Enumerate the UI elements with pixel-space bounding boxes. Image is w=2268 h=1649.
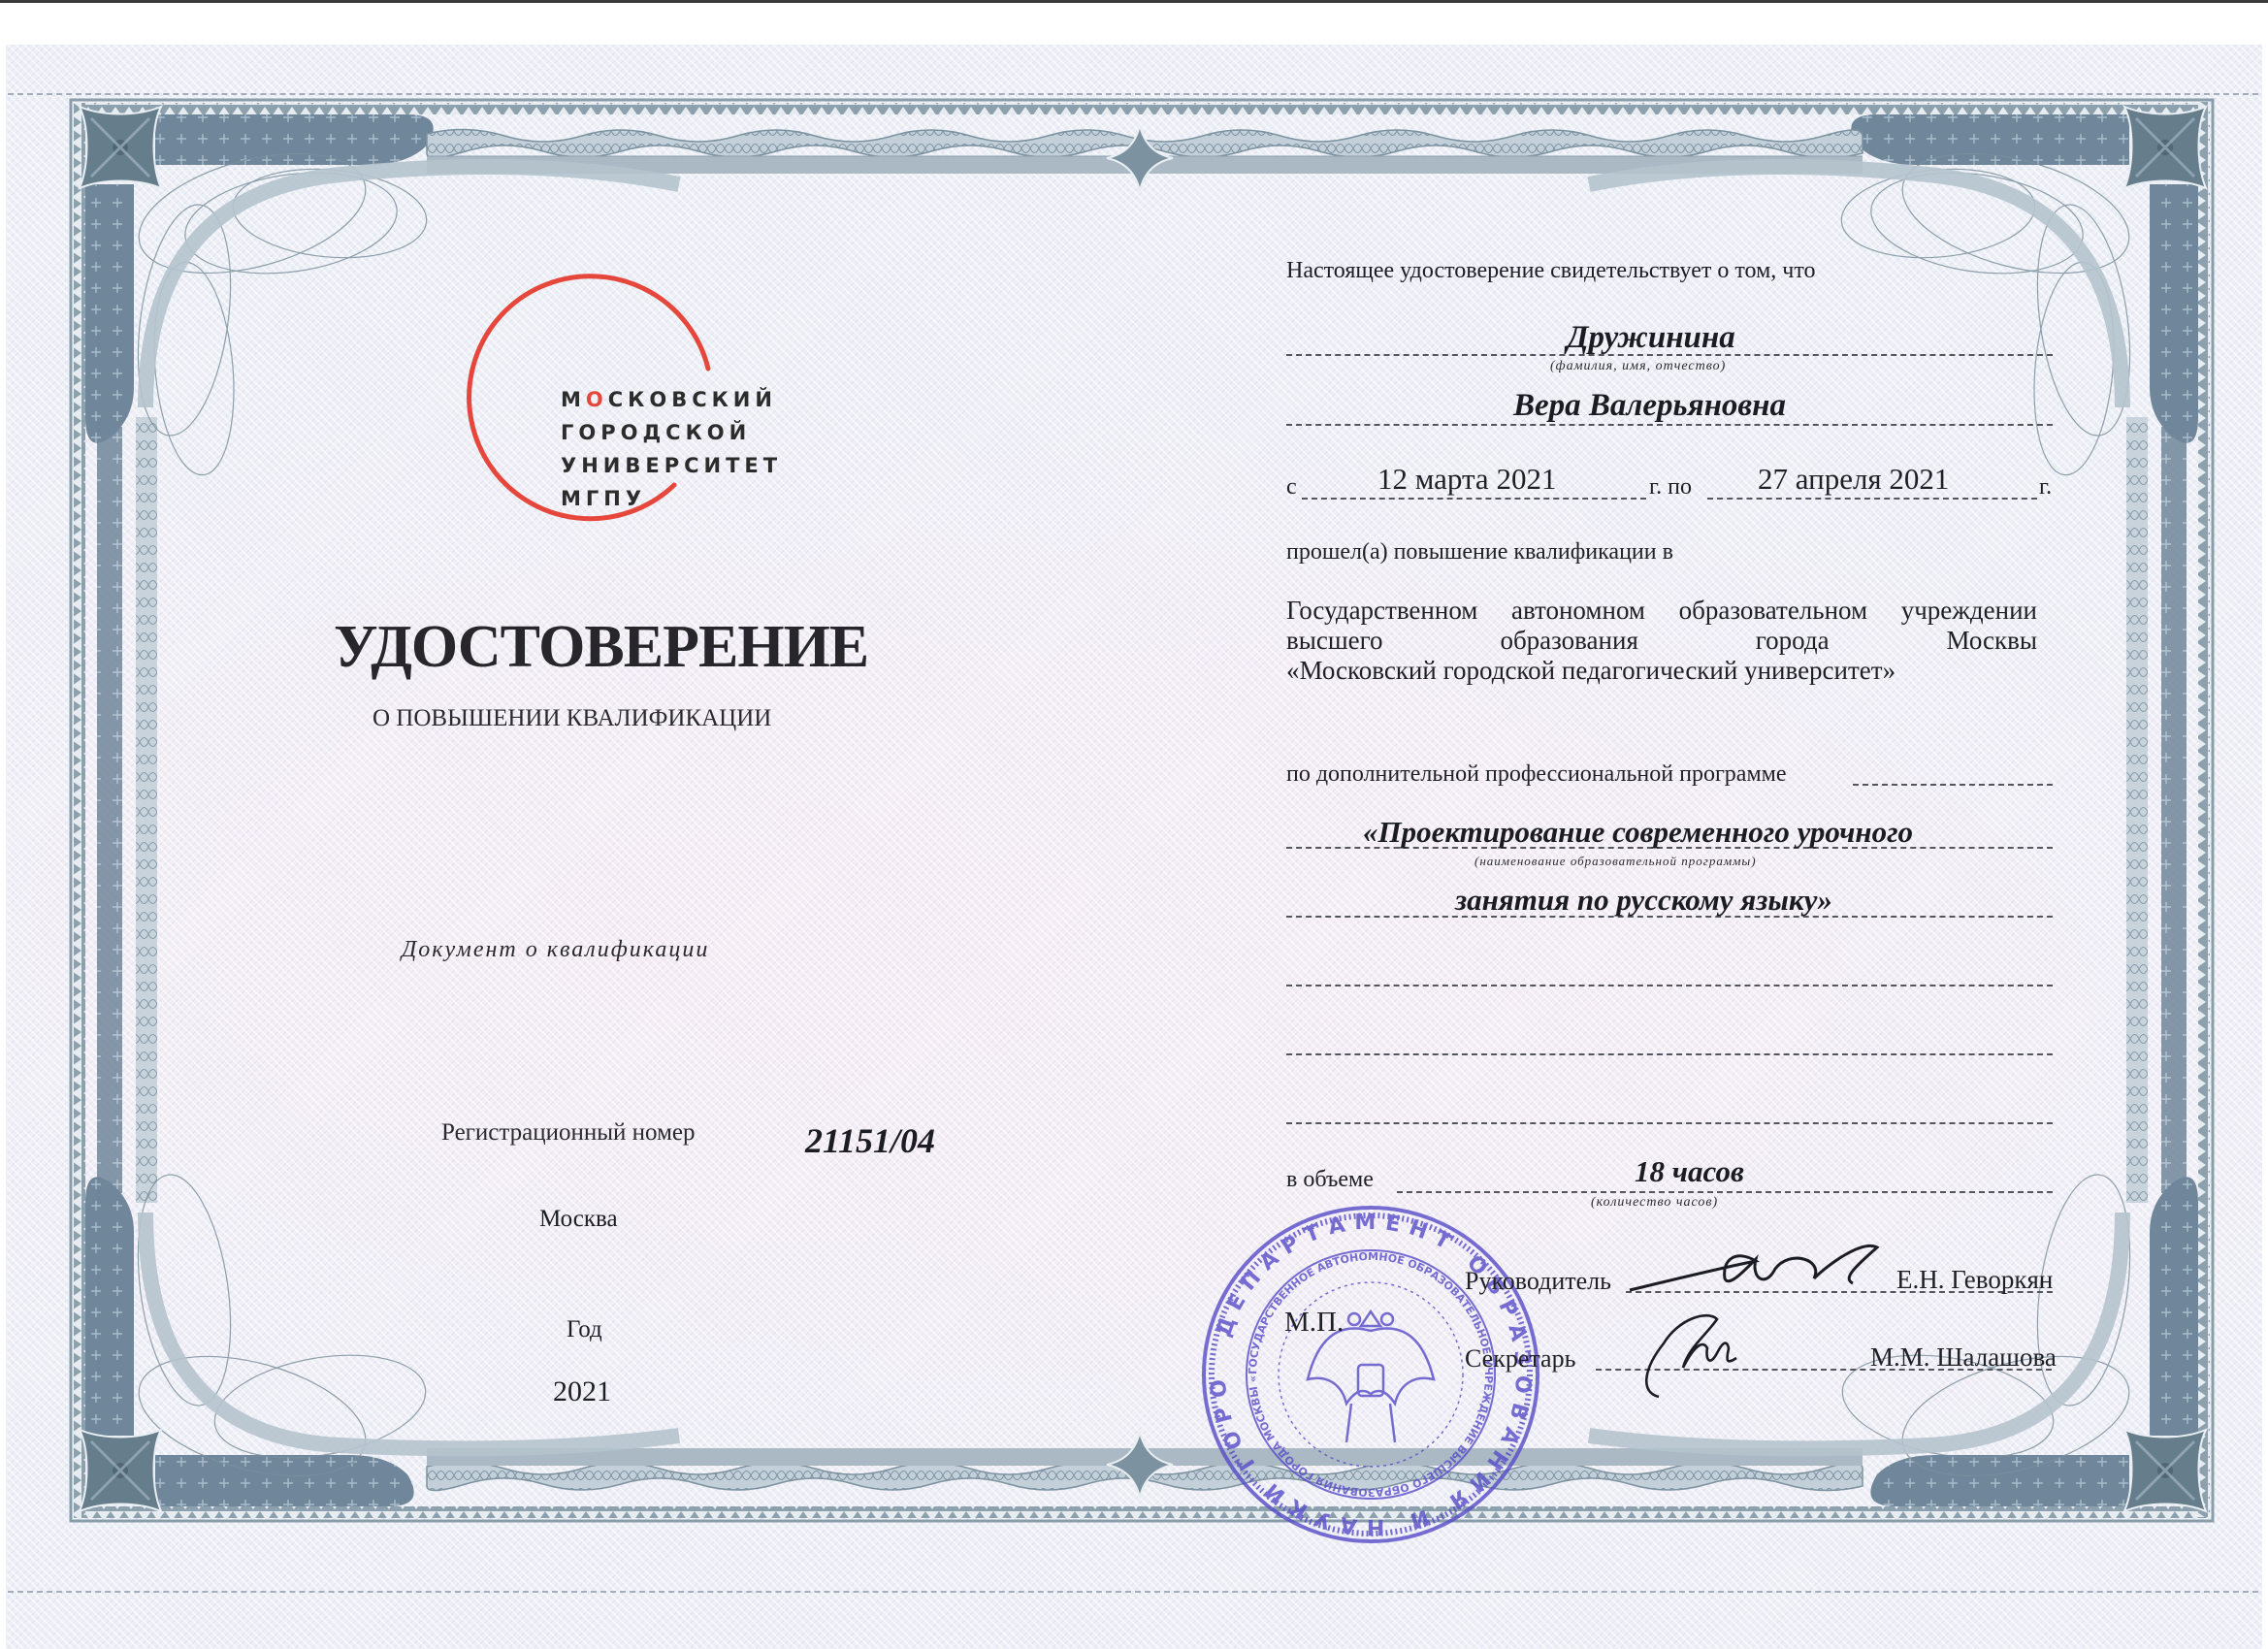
document-kind: Документ о квалификации [402, 937, 709, 963]
program-title-line-2: занятия по русскому языку» [1455, 883, 1832, 918]
volume-line [1397, 1191, 2053, 1193]
logo-letters: СКОВСКИЙ [608, 388, 777, 411]
passed-text: прошел(а) повышение квалификации в [1286, 539, 1673, 566]
official-stamp: ДЕПАРТАМЕНТ ОБРАЗОВАНИЯ И НАУКИ ГОРОДА М… [1191, 1195, 1550, 1554]
logo-accent-letter: О [586, 388, 608, 411]
intro-text: Настоящее удостоверение свидетельствует … [1286, 258, 1816, 284]
org-line-1: Государственном автономном образовательн… [1286, 596, 1867, 625]
date-from-prefix: с [1286, 474, 1297, 501]
organization-name: Государственном автономном образовательн… [1286, 596, 2037, 686]
secretary-name: М.М. Шалашова [1870, 1342, 2057, 1373]
secretary-signature [1620, 1300, 1775, 1406]
head-label: Руководитель [1465, 1267, 1611, 1296]
registration-label: Регистрационный номер [441, 1119, 696, 1147]
given-names: Вера Валерьяновна [1513, 388, 1786, 424]
secretary-label: Секретарь [1465, 1344, 1575, 1374]
surname: Дружинина [1567, 320, 1735, 356]
logo-line-4: МГПУ [561, 482, 782, 515]
fio-hint: (фамилия, имя, отчество) [1550, 359, 1726, 374]
date-suffix: г. [2039, 474, 2052, 501]
head-signature [1620, 1230, 1921, 1308]
program-label-line [1853, 784, 2053, 786]
registration-number: 21151/04 [805, 1120, 935, 1161]
guilloche-frame [0, 0, 2268, 1649]
blank-line-3 [1286, 1122, 2053, 1124]
program-hint: (наименование образовательной программы) [1474, 854, 1757, 869]
org-line-3: «Московский городской педагогический уни… [1286, 656, 2037, 686]
year-label: Год [567, 1316, 602, 1343]
logo-letter: М [561, 388, 586, 411]
volume-label: в объеме [1286, 1167, 1374, 1193]
year-value: 2021 [553, 1375, 611, 1408]
university-logo: МОСКОВСКИЙ ГОРОДСКОЙ УНИВЕРСИТЕТ МГПУ [561, 383, 782, 515]
date-from-line [1302, 498, 1646, 500]
document-title: УДОСТОВЕРЕНИЕ [334, 613, 868, 682]
program-label: по дополнительной профессиональной прогр… [1286, 761, 1786, 788]
name-line-2 [1286, 424, 2053, 426]
volume-value: 18 часов [1635, 1154, 1744, 1189]
date-to-line [1707, 498, 2037, 500]
date-mid-text: г. по [1649, 474, 1692, 501]
logo-line-3: УНИВЕРСИТЕТ [561, 449, 782, 482]
logo-line-2: ГОРОДСКОЙ [561, 416, 782, 449]
date-from: 12 марта 2021 [1377, 462, 1556, 497]
document-subtitle: О ПОВЫШЕНИИ КВАЛИФИКАЦИИ [373, 705, 771, 732]
blank-line-1 [1286, 985, 2053, 986]
issue-city: Москва [539, 1206, 618, 1233]
seal-label: М.П. [1284, 1307, 1344, 1339]
head-name: Е.Н. Геворкян [1896, 1265, 2053, 1295]
volume-hint: (количество часов) [1591, 1195, 1718, 1211]
date-to: 27 апреля 2021 [1758, 462, 1949, 497]
program-title-line-1: «Проектирование современного урочного [1363, 815, 1913, 850]
blank-line-2 [1286, 1053, 2053, 1055]
